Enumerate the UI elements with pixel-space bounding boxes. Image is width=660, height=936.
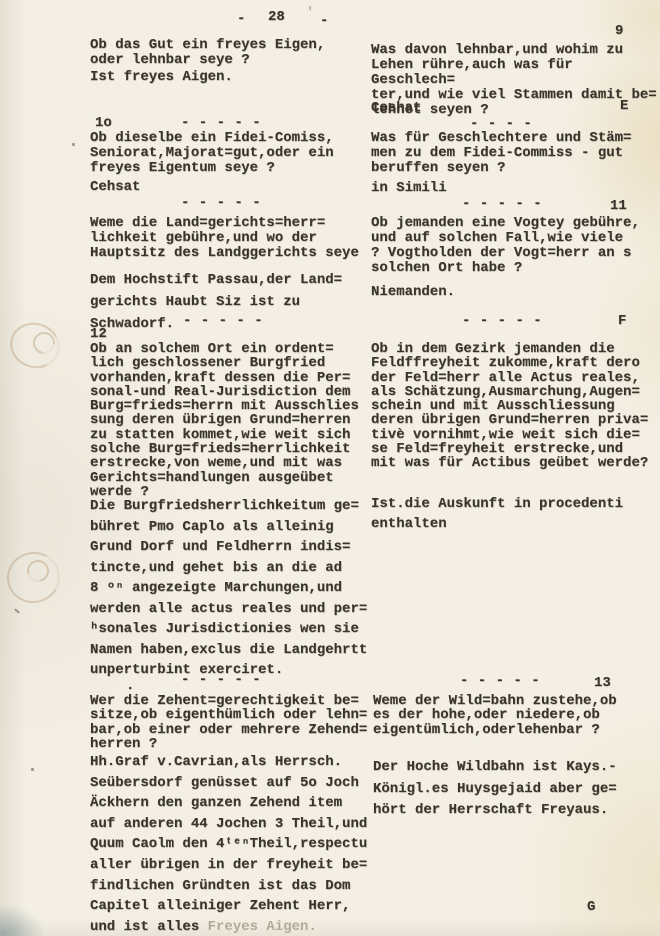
page-header-dash-left: - — [237, 12, 245, 27]
answer-left-13-cavrian: Hh.Graf v.Cavrian,als Herrsch. Seübersdo… — [90, 752, 367, 936]
answer-right-9: Ceshat — [371, 101, 421, 116]
answer-left-13-main: Hh.Graf v.Cavrian,als Herrsch. Seübersdo… — [90, 754, 367, 935]
margin-label-11: 11 — [610, 199, 627, 214]
page-number: 28 — [268, 10, 285, 25]
answer-left-freyes-eigen: Ist freyes Aigen. — [90, 70, 233, 85]
separator-dashes: - - - - - — [460, 674, 540, 689]
ink-speck — [31, 768, 34, 771]
ink-speck — [72, 143, 75, 146]
answer-left-10: Cehsat — [90, 180, 140, 195]
separator-dashes: - - - - - — [181, 673, 261, 688]
question-left-10-fideicomiss: Ob dieselbe ein Fidei-Comiss, Seniorat,M… — [90, 131, 334, 176]
question-right-feldfreyheit: Ob in dem Gezirk jemanden die Feldffreyh… — [371, 342, 648, 471]
margin-label-9: 9 — [615, 24, 623, 39]
page-header-dash-right: - — [320, 14, 328, 29]
separator-dashes: - - - - - — [462, 197, 542, 212]
answer-right-in-simili: in Simili — [371, 181, 447, 196]
question-right-geschlechtere: Was für Geschlechtere und Stäm= men zu d… — [371, 131, 631, 176]
answer-left-12-burgfriedsherrlichkeit: Die Burgfriedsherrlichkeitum ge= bühret … — [90, 496, 367, 681]
question-left-13-zehent: Wer die Zehent=gerechtigkeit be= sitze,o… — [90, 694, 367, 751]
question-left-landgerichts: Weme die Land=gerichts=herr= lichkeit ge… — [90, 216, 359, 261]
ink-dot: . — [126, 679, 134, 694]
answer-right-13-wildbahn: Der Hoche Wildbahn ist Kays.- Königl.es … — [373, 757, 617, 822]
question-left-12-burgfried: Ob an solchem Ort ein ordent= lich gesch… — [90, 342, 359, 499]
margin-label-10: 1o — [95, 116, 112, 131]
page-header-tick-mark: ' — [306, 6, 314, 21]
margin-label-13: 13 — [594, 676, 611, 691]
answer-right-11-niemanden: Niemanden. — [371, 285, 455, 300]
margin-label-G: G — [587, 900, 595, 915]
separator-dashes: - - - - - — [183, 314, 263, 329]
question-right-13-wildbahn: Weme der Wild=bahn zustehe,ob es der hoh… — [373, 694, 617, 737]
separator-dashes: - - - - - — [181, 116, 261, 131]
document-page: - 28 ' - 9 E 11 F 13 G 1o 12 Ob das Gut … — [0, 0, 660, 936]
margin-label-F: F — [618, 314, 626, 329]
ink-speck — [14, 608, 20, 613]
answer-left-13-faded-text: Freyes Aigen. — [208, 919, 317, 935]
separator-dashes: - - - - - — [462, 314, 542, 329]
separator-dashes: - - - - - — [181, 196, 261, 211]
question-right-11-vogtey: Ob jemanden eine Vogtey gebühre, und auf… — [371, 216, 640, 276]
question-left-freyes-eigen: Ob das Gut ein freyes Eigen, oder lehnba… — [90, 38, 325, 68]
answer-right-auskunft: Ist.die Auskunft in procedenti enthalten — [371, 494, 623, 534]
